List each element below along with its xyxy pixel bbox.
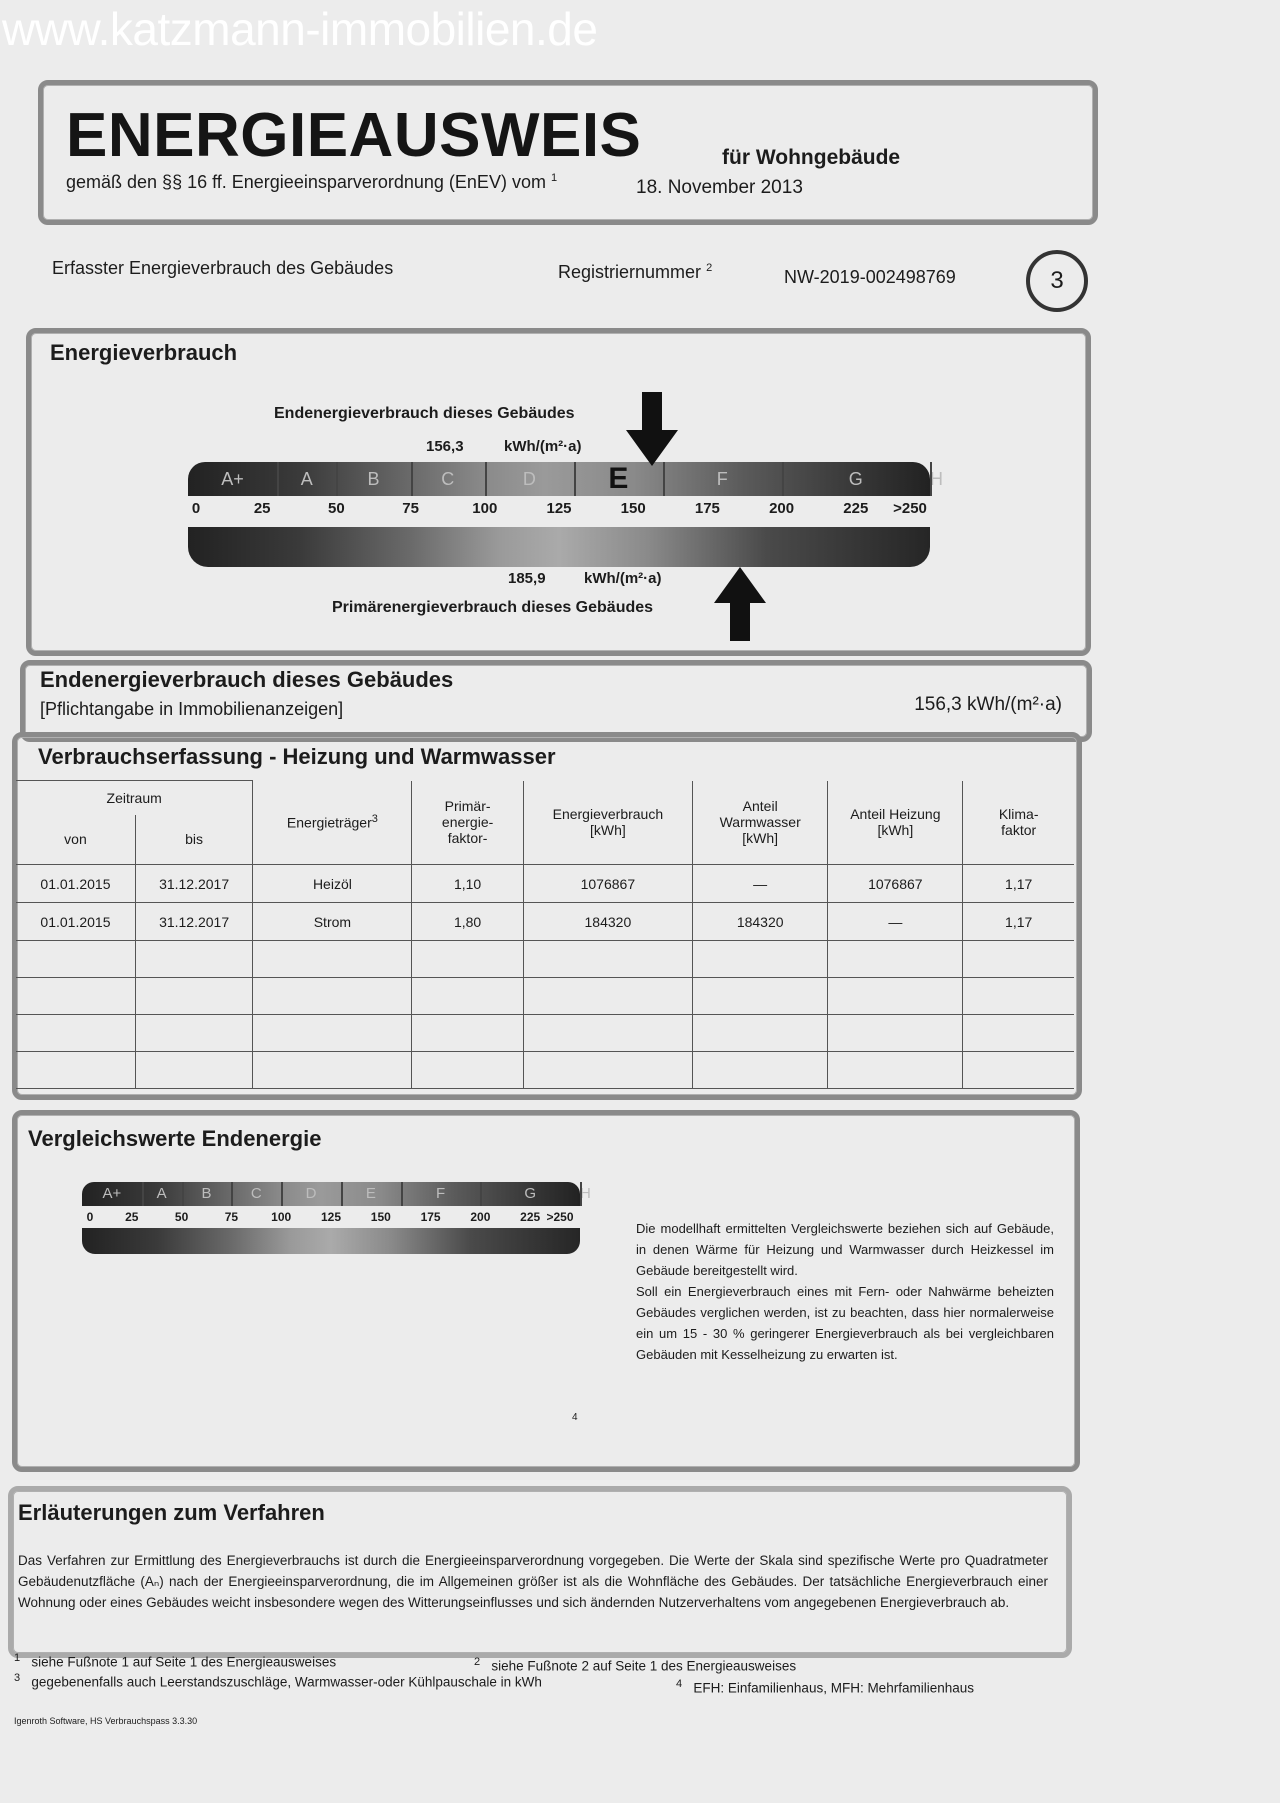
cell-ww: 184320 [693,903,828,941]
end-energy-label: Endenergieverbrauch dieses Gebäudes [274,405,575,423]
table-row: 01.01.201531.12.2017Strom1,8018432018432… [16,903,1074,941]
end-energy-value: 156,3 [426,438,464,455]
energy-class-d: D [281,1182,341,1206]
cell-pef: 1,80 [412,903,523,941]
class-separator [231,1182,233,1206]
cell-heizung: 1076867 [828,865,963,903]
footnote-marker: 4 [572,1412,578,1423]
class-separator [341,1182,343,1206]
scale-tick: 75 [225,1210,238,1224]
primary-energy-arrow-icon [714,567,766,641]
comparison-scale: A+ABCDEFGH0255075100125150175200225>250 [82,1182,580,1254]
energy-class-c: C [411,462,485,496]
page-subtitle: für Wohngebäude [722,146,900,170]
footnote-ref: 1 [551,172,557,184]
scale-tick: 75 [402,500,419,517]
energy-class-c: C [231,1182,281,1206]
energy-class-d: D [485,462,574,496]
footnote-number: 2 [474,1656,480,1668]
col-bis: bis [135,815,252,865]
table-row-empty [16,978,1074,1015]
scale-gradient-band [188,527,930,567]
energy-class-b: B [182,1182,232,1206]
energy-class-aplus: A+ [82,1182,142,1206]
footnote-number: 1 [14,1652,20,1664]
table-row: 01.01.201531.12.2017Heizöl1,101076867—10… [16,865,1074,903]
consumption-table: Zeitraum Energieträger3 Primär-energie-f… [16,780,1074,1089]
energy-class-a: A [142,1182,182,1206]
energy-class-g: G [480,1182,580,1206]
class-separator [485,462,487,496]
col-klima: Klima-faktor [963,781,1074,865]
scale-tick: 125 [546,500,571,517]
cell-klima: 1,17 [963,865,1074,903]
cell-pef: 1,10 [412,865,523,903]
cell-ww: — [693,865,828,903]
scale-tick: 0 [87,1210,94,1224]
erlaeuterung-text: Das Verfahren zur Ermittlung des Energie… [18,1550,1048,1613]
scale-tick: >250 [546,1210,573,1224]
footnote-text: EFH: Einfamilienhaus, MFH: Mehrfamilienh… [693,1681,974,1696]
energieverbrauch-heading: Energieverbrauch [50,340,237,366]
legal-date: 18. November 2013 [636,177,803,199]
class-separator [281,1182,283,1206]
cell-bis: 31.12.2017 [135,903,252,941]
class-separator [574,462,576,496]
cell-traeger: Heizöl [253,865,412,903]
scale-tick: 150 [371,1210,391,1224]
erlaeuterung-heading: Erläuterungen zum Verfahren [18,1500,325,1526]
table-row-empty [16,1015,1074,1052]
vergleich-text-1: Die modellhaft ermittelten Vergleichswer… [636,1218,1054,1281]
scale-tick: 225 [843,500,868,517]
cell-heizung: — [828,903,963,941]
cell-bis: 31.12.2017 [135,865,252,903]
scale-tick: 100 [472,500,497,517]
section-label: Erfasster Energieverbrauch des Gebäudes [52,258,393,279]
page-number-badge: 3 [1026,250,1088,312]
scale-tick: 100 [271,1210,291,1224]
legal-basis-text: gemäß den §§ 16 ff. Energieeinsparverord… [66,172,546,192]
energy-class-e: E [574,462,663,496]
footnote-ref: 2 [706,262,712,274]
footnote-number: 4 [676,1678,682,1690]
col-traeger: Energieträger3 [253,781,412,865]
class-separator [930,462,932,496]
primary-energy-label: Primärenergieverbrauch dieses Gebäudes [332,599,653,617]
software-credit: Igenroth Software, HS Verbrauchspass 3.3… [14,1716,197,1726]
scale-tick: >250 [893,500,927,517]
scale-tick: 200 [769,500,794,517]
footnote-text: siehe Fußnote 1 auf Seite 1 des Energiea… [31,1655,336,1670]
energy-class-e: E [341,1182,401,1206]
primary-energy-unit: kWh/(m²·a) [584,570,662,587]
scale-class-band: A+ABCDEFGH [82,1182,580,1206]
scale-gradient-band [82,1228,580,1254]
scale-class-band: A+ABCDEFGH [188,462,930,496]
class-separator [182,1182,184,1206]
class-separator [142,1182,144,1206]
vergleich-heading: Vergleichswerte Endenergie [28,1126,321,1152]
class-separator [782,462,784,496]
col-pef: Primär-energie-faktor- [412,781,523,865]
scale-tick: 175 [421,1210,441,1224]
class-separator [277,462,279,496]
scale-tick: 25 [254,500,271,517]
scale-tick: 200 [470,1210,490,1224]
col-von: von [16,815,135,865]
primary-energy-value: 185,9 [508,570,546,587]
end-energy-arrow-icon [626,392,678,466]
class-separator [480,1182,482,1206]
footnote-1: 1 siehe Fußnote 1 auf Seite 1 des Energi… [14,1652,336,1670]
table-row-empty [16,941,1074,978]
scale-tick: 50 [175,1210,188,1224]
footnote-number: 3 [14,1672,20,1684]
scale-tick: 150 [621,500,646,517]
footnote-4: 4 EFH: Einfamilienhaus, MFH: Mehrfamilie… [676,1678,974,1696]
scale-tick: 50 [328,500,345,517]
footnote-2: 2 siehe Fußnote 2 auf Seite 1 des Energi… [474,1656,796,1674]
registration-label: Registriernummer 2 [558,262,712,283]
registration-number: NW-2019-002498769 [784,267,956,288]
legal-basis: gemäß den §§ 16 ff. Energieeinsparverord… [66,172,557,193]
col-heizung: Anteil Heizung[kWh] [828,781,963,865]
scale-tick: 125 [321,1210,341,1224]
table-row-empty [16,1052,1074,1089]
class-separator [336,462,338,496]
footnote-text: gegebenenfalls auch Leerstandszuschläge,… [31,1675,542,1690]
energy-scale: A+ABCDEFGH0255075100125150175200225>250 [188,462,930,567]
summary-note: [Pflichtangabe in Immobilienanzeigen] [40,699,343,720]
vergleich-text-2: Soll ein Energieverbrauch eines mit Fern… [636,1281,1054,1365]
class-separator [411,462,413,496]
energy-class-b: B [336,462,410,496]
energy-class-g: G [782,462,930,496]
summary-heading: Endenergieverbrauch dieses Gebäudes [40,667,453,693]
energy-class-aplus: A+ [188,462,277,496]
cell-klima: 1,17 [963,903,1074,941]
scale-tick: 0 [192,500,200,517]
class-separator [580,1182,582,1206]
page-title: ENERGIEAUSWEIS [66,100,641,171]
cell-verbrauch: 184320 [523,903,692,941]
cell-von: 01.01.2015 [16,865,135,903]
watermark: www.katzmann-immobilien.de [2,2,597,56]
footnote-3: 3 gegebenenfalls auch Leerstandszuschläg… [14,1672,542,1690]
end-energy-unit: kWh/(m²·a) [504,438,582,455]
summary-value: 156,3 kWh/(m²·a) [914,694,1062,716]
cell-verbrauch: 1076867 [523,865,692,903]
vergleich-text: Die modellhaft ermittelten Vergleichswer… [636,1218,1054,1365]
energy-class-a: A [277,462,336,496]
energy-class-f: F [401,1182,481,1206]
scale-tick: 25 [125,1210,138,1224]
col-verbrauch: Energieverbrauch[kWh] [523,781,692,865]
col-warmwasser: AnteilWarmwasser[kWh] [693,781,828,865]
class-separator [663,462,665,496]
energy-class-f: F [663,462,782,496]
cell-traeger: Strom [253,903,412,941]
verbrauch-heading: Verbrauchserfassung - Heizung und Warmwa… [38,744,556,770]
cell-von: 01.01.2015 [16,903,135,941]
class-separator [401,1182,403,1206]
col-zeitraum: Zeitraum [16,781,253,815]
scale-tick: 225 [520,1210,540,1224]
reg-label: Registriernummer [558,262,701,282]
scale-tick: 175 [695,500,720,517]
